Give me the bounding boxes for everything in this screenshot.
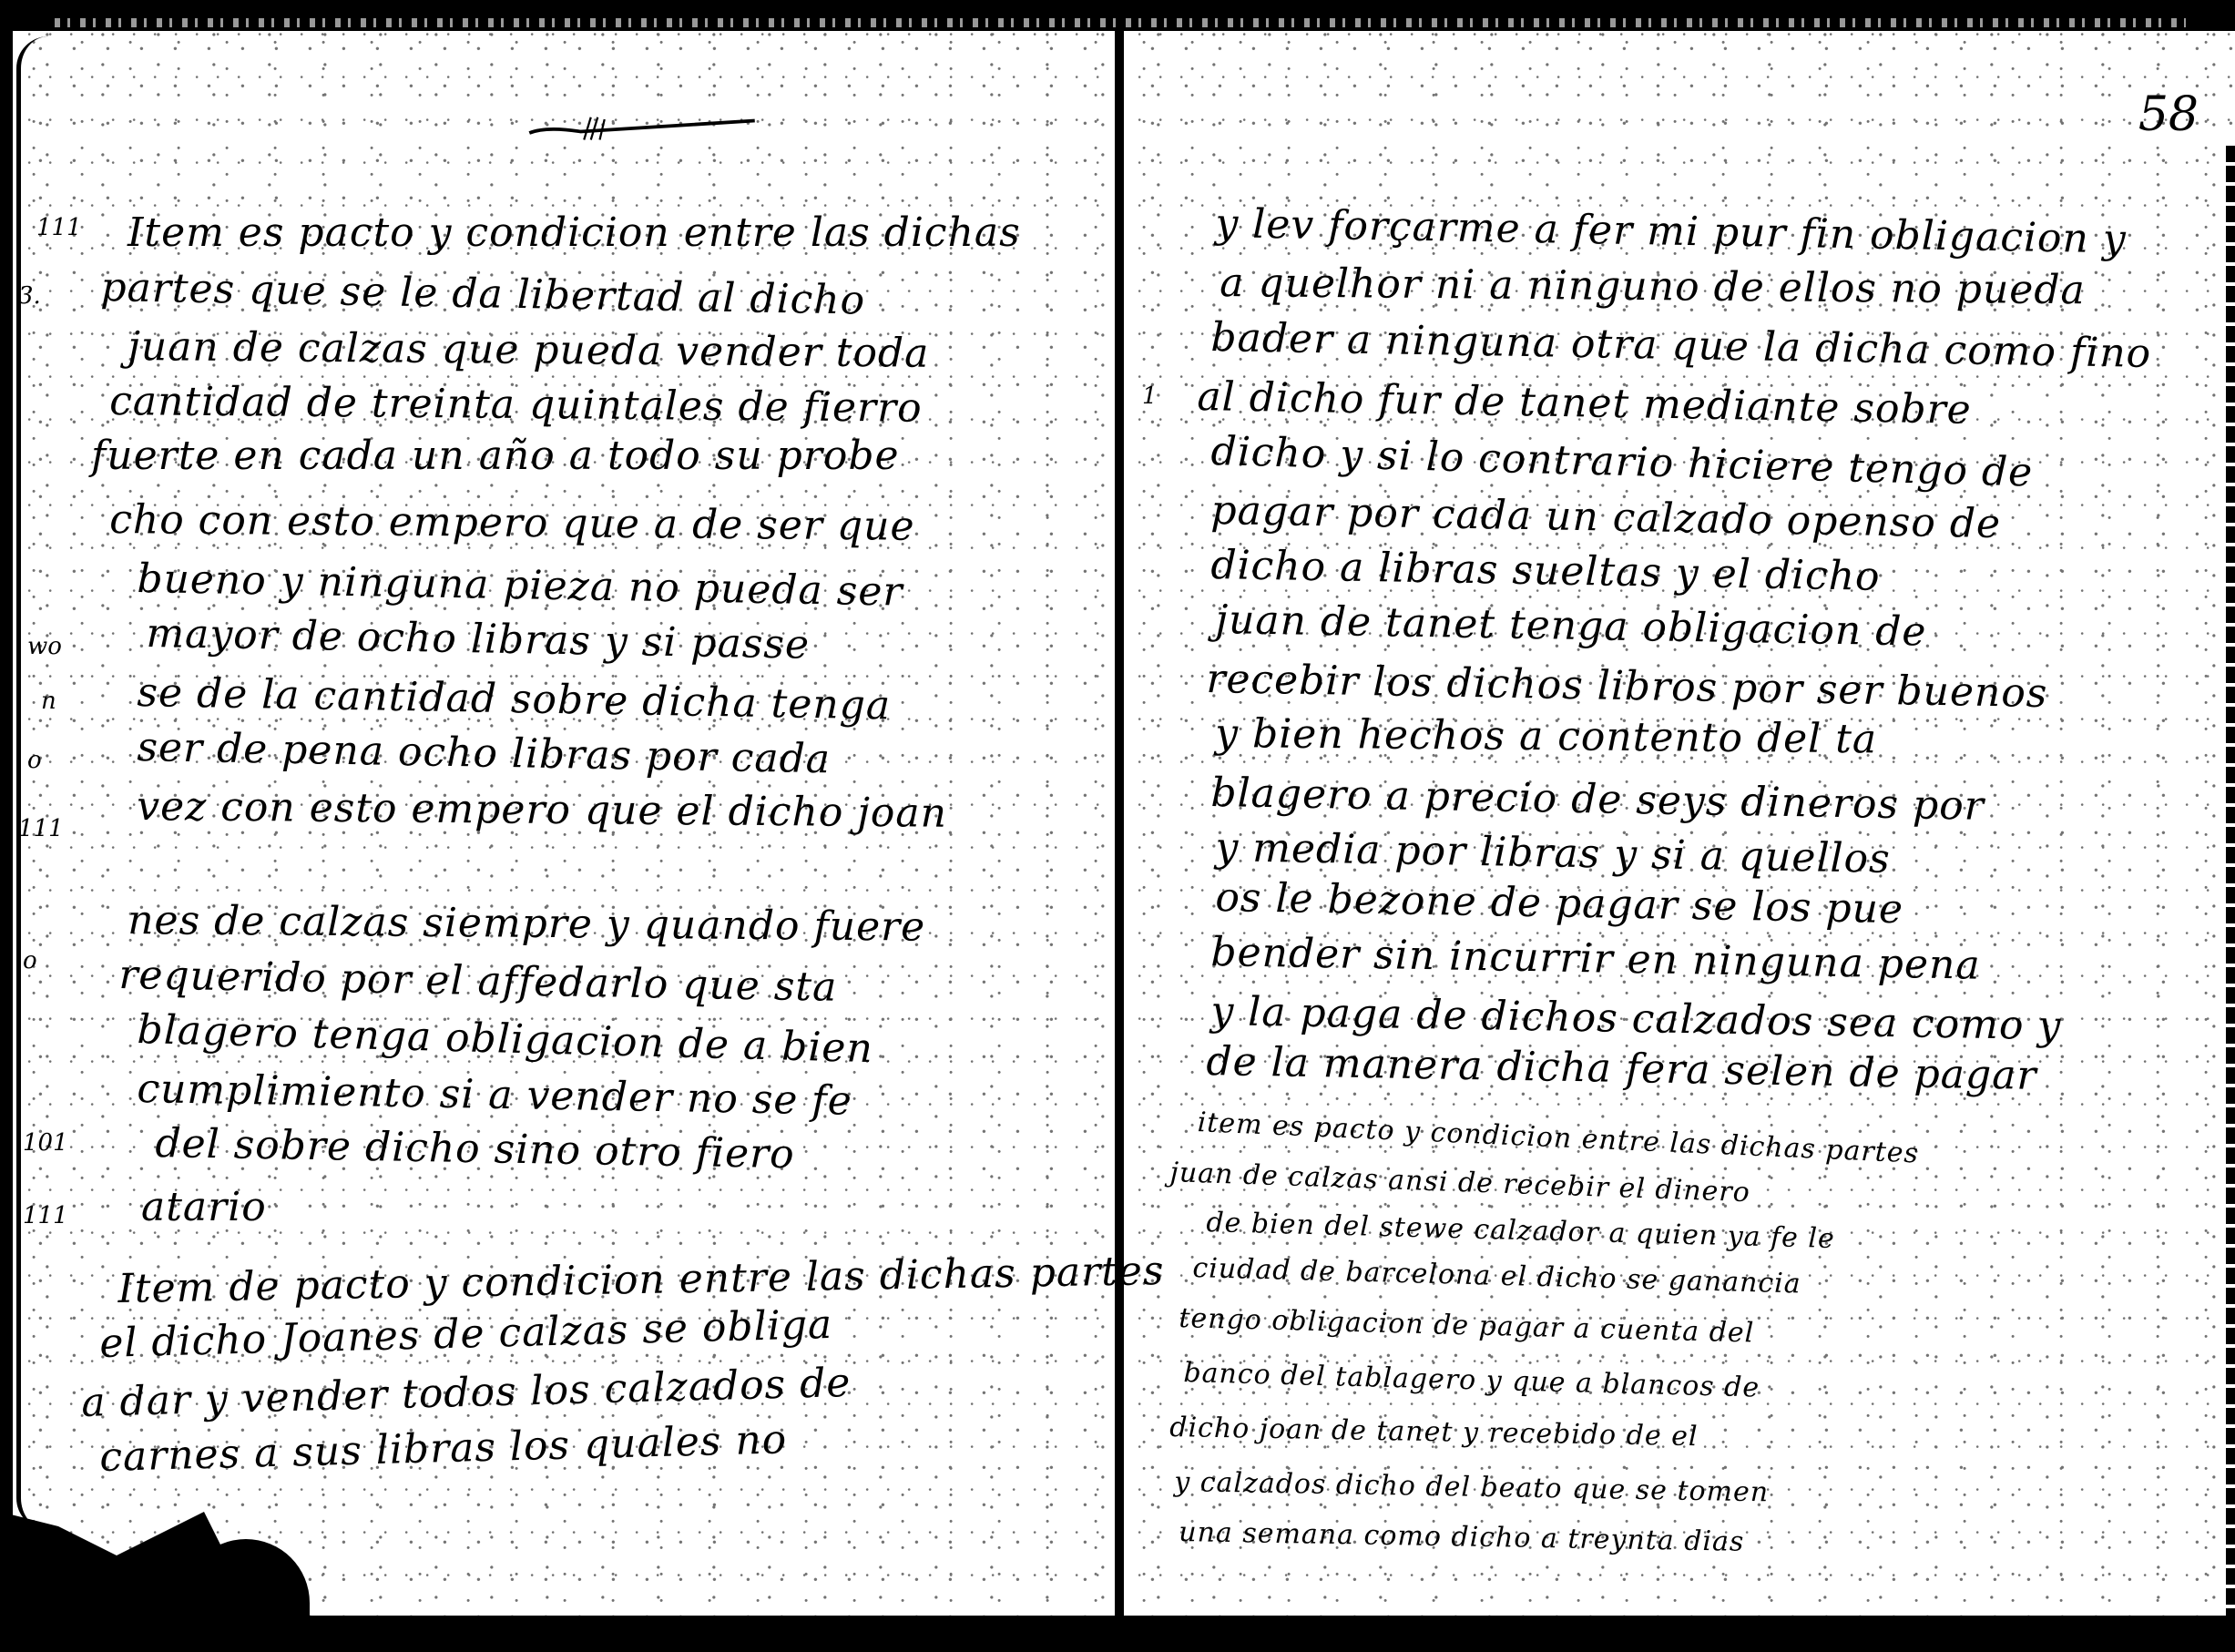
- manuscript-line: de la manera dicha fera selen de pagar: [1206, 1038, 2037, 1099]
- manuscript-line: bender sin incurrir en ninguna pena: [1210, 929, 1981, 989]
- manuscript-line: pagar por cada un calzado openso de: [1210, 487, 2001, 547]
- margin-note: wo: [27, 633, 62, 660]
- heading-flourish-icon: [487, 114, 797, 141]
- manuscript-line: os le bezone de pagar se los pue: [1215, 874, 1903, 933]
- manuscript-line: carnes a sus libras los quales no: [99, 1416, 788, 1481]
- manuscript-line: ciudad de barcelona el dicho se ganancia: [1192, 1252, 1801, 1300]
- manuscript-line: vez con esto empero que el dicho joan: [137, 783, 947, 837]
- manuscript-line: item es pacto y condicion entre las dich…: [1197, 1106, 1920, 1170]
- manuscript-line: del sobre dicho sino otro fiero: [155, 1120, 795, 1178]
- manuscript-line: una semana como dicho a treynta dias: [1179, 1516, 1745, 1558]
- manuscript-line: juan de calzas ansi de recebir el dinero: [1169, 1157, 1750, 1208]
- manuscript-line: y bien hechos a contento del ta: [1215, 710, 1877, 762]
- margin-note: 111: [18, 815, 64, 842]
- manuscript-line: tengo obligacion de pagar a cuenta del: [1179, 1302, 1755, 1350]
- manuscript-line: ser de pena ocho libras por cada: [137, 724, 831, 782]
- book-gutter: [1115, 27, 1124, 1652]
- manuscript-line: Item de pacto y condicion entre las dich…: [117, 1248, 1165, 1312]
- manuscript-line: cantidad de treinta quintales de fierro: [109, 378, 923, 432]
- manuscript-line: juan de tanet tenga obligacion de: [1215, 597, 1927, 656]
- margin-note: o: [27, 747, 42, 774]
- manuscript-line: y lev forçarme a fer mi pur fin obligaci…: [1215, 200, 2127, 262]
- manuscript-line: fuerte en cada un año a todo su probe: [91, 433, 900, 479]
- manuscript-line: y calzados dicho del beato que se tomen: [1174, 1466, 1769, 1508]
- manuscript-line: recebir los dichos libros por ser buenos: [1206, 656, 2048, 717]
- margin-note: o: [23, 947, 37, 974]
- margin-note: 3.: [18, 282, 41, 310]
- manuscript-line: atario: [141, 1184, 267, 1230]
- manuscript-line: requerido por el affedarlo que sta: [118, 952, 838, 1011]
- manuscript-line: partes que se le da libertad al dicho: [100, 264, 866, 324]
- manuscript-line: el dicho Joanes de calzas se obliga: [99, 1301, 833, 1367]
- margin-note: 1: [1142, 382, 1158, 410]
- margin-note: n: [41, 688, 56, 715]
- left-page: Item es pacto y condicion entre las dich…: [0, 0, 1115, 1652]
- margin-note: 111: [36, 214, 82, 241]
- catchword: A: [29, 1630, 44, 1652]
- manuscript-line: juan de calzas que pueda vender toda: [128, 323, 930, 377]
- manuscript-line: cumplimiento si a vender no se fe: [137, 1066, 852, 1125]
- manuscript-line: se de la cantidad sobre dicha tenga: [137, 669, 892, 729]
- manuscript-line: cho con esto empero que a de ser que: [109, 496, 915, 550]
- manuscript-line: Item es pacto y condicion entre las dich…: [128, 209, 1021, 256]
- manuscript-line: dicho a libras sueltas y el dicho: [1210, 542, 1881, 600]
- manuscript-line: dicho y si lo contrario hiciere tengo de: [1210, 428, 2034, 496]
- manuscript-line: a dar y vender todos los calzados de: [81, 1360, 852, 1426]
- right-page: 58 y lev forçarme a fer mi pur fin oblig…: [1124, 0, 2235, 1652]
- manuscript-line: al dicho fur de tanet mediante sobre: [1197, 373, 1972, 433]
- manuscript-line: dicho joan de tanet y recebido de el: [1169, 1412, 1699, 1453]
- manuscript-line: mayor de ocho libras y si passe: [146, 610, 810, 668]
- margin-note: 101: [23, 1129, 68, 1157]
- manuscript-line: bader a ninguna otra que la dicha como f…: [1210, 314, 2152, 377]
- manuscript-line: a quelhor ni a ninguno de ellos no pueda: [1220, 260, 2086, 313]
- manuscript-line: blagero tenga obligacion de a bien: [137, 1006, 873, 1072]
- margin-note: 111: [23, 1202, 68, 1229]
- manuscript-line: blagero a precio de seys dineros por: [1210, 770, 1985, 830]
- manuscript-line: y media por libras y si a quellos: [1215, 824, 1891, 882]
- manuscript-line: bueno y ninguna pieza no pueda ser: [137, 556, 903, 616]
- manuscript-line: nes de calzas siempre y quando fuere: [128, 897, 925, 951]
- folio-number: 58: [2138, 87, 2199, 142]
- manuscript-line: banco del tablagero y que a blancos de: [1183, 1357, 1760, 1404]
- manuscript-line: de bien del stewe calzador a quien ya fe…: [1206, 1207, 1835, 1255]
